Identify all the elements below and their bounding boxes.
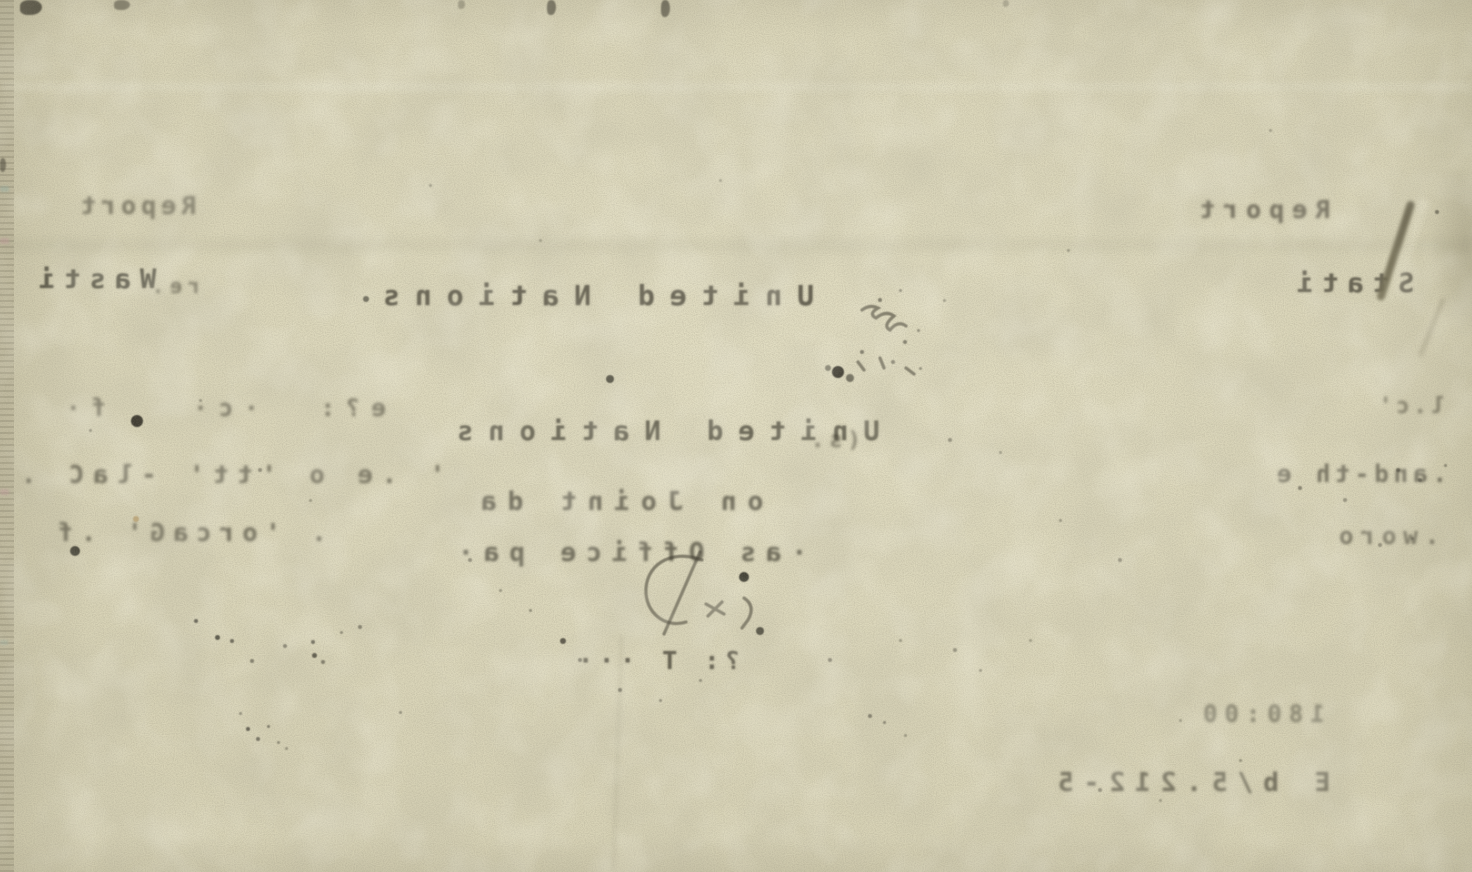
paper-grain [0, 0, 1472, 872]
scanned-document-page: ReportReportWastire.StatiUnited Nationse… [0, 0, 1472, 872]
